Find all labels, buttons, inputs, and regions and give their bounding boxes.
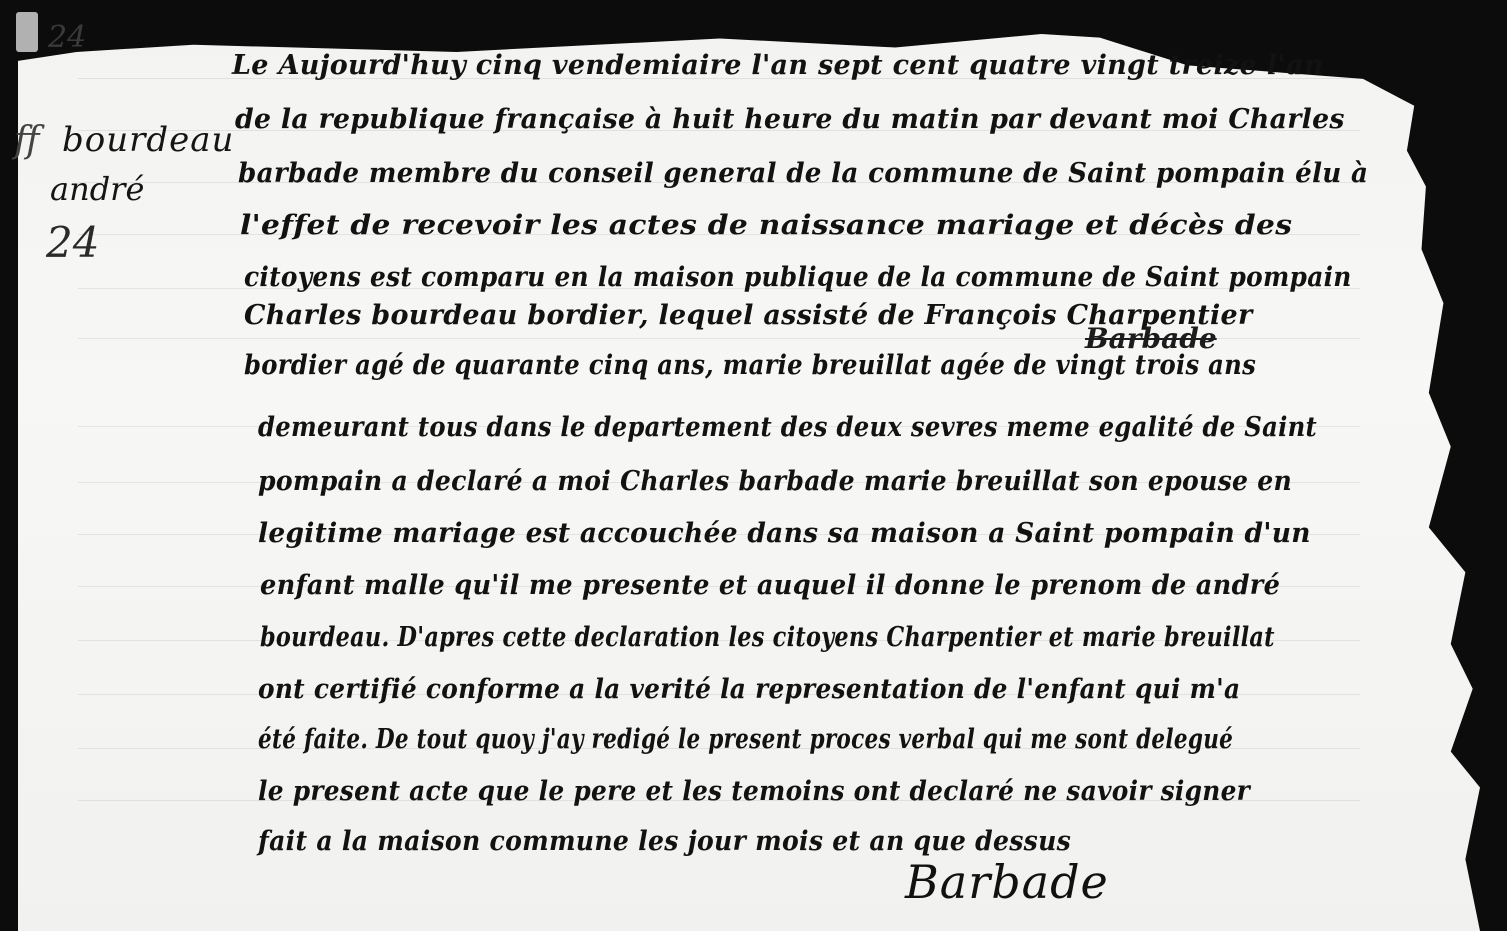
text-line-9: pompain a declaré a moi Charles barbade … <box>258 466 1292 497</box>
text-line-4: l'effet de recevoir les actes de naissan… <box>240 210 1292 241</box>
text-line-12: bourdeau. D'apres cette declaration les … <box>260 622 1275 653</box>
text-line-3: barbade membre du conseil general de la … <box>238 158 1368 189</box>
text-line-15: le present acte que le pere et les temoi… <box>258 776 1250 807</box>
text-line-1: Le Aujourd'huy cinq vendemiaire l'an sep… <box>232 50 1324 81</box>
overwritten-name: Barbade <box>1085 322 1217 355</box>
text-line-11: enfant malle qu'il me presente et auquel… <box>260 570 1280 601</box>
officer-signature: Barbade <box>905 855 1109 909</box>
text-line-8: demeurant tous dans le departement des d… <box>258 412 1317 443</box>
text-line-10: legitime mariage est accouchée dans sa m… <box>258 518 1311 549</box>
register-entry-text: Le Aujourd'huy cinq vendemiaire l'an sep… <box>0 0 1507 931</box>
text-line-16: fait a la maison commune les jour mois e… <box>258 826 1071 857</box>
text-line-5: citoyens est comparu en la maison publiq… <box>244 262 1352 293</box>
text-line-2: de la republique française à huit heure … <box>235 104 1345 135</box>
text-line-14: été faite. De tout quoy j'ay redigé le p… <box>258 724 1233 755</box>
text-line-13: ont certifié conforme a la verité la rep… <box>258 674 1240 705</box>
